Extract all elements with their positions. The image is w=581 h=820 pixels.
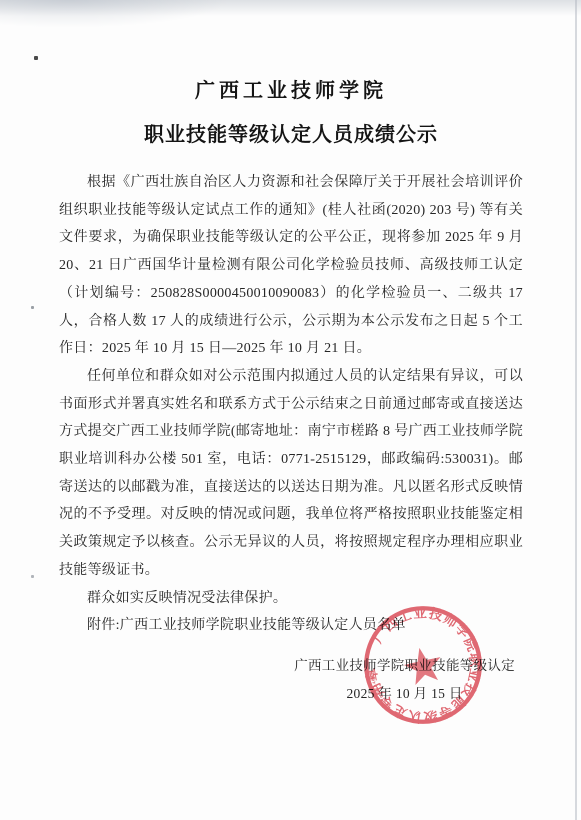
notice-title: 职业技能等级认定人员成绩公示 — [59, 122, 523, 148]
scan-speck — [31, 306, 34, 309]
scan-smudge-top-left — [0, 0, 230, 28]
paragraph-basis: 根据《广西壮族自治区人力资源和社会保障厅关于开展社会培训评价组织职业技能等级认定… — [59, 169, 523, 363]
scan-speck — [34, 56, 38, 60]
document-page: 广西工业技师学院 职业技能等级认定人员成绩公示 根据《广西壮族自治区人力资源和社… — [0, 0, 581, 820]
official-seal: 广西工业技师学院职业技能等级认定专用章 4501000104087 — [346, 588, 500, 742]
notice-body: 广西工业技师学院 职业技能等级认定人员成绩公示 根据《广西壮族自治区人力资源和社… — [59, 78, 523, 640]
paragraph-objection: 任何单位和群众如对公示范围内拟通过人员的认定结果有异议，可以书面形式并署真实姓名… — [59, 363, 523, 585]
scan-speck — [31, 575, 34, 578]
notice-paragraphs: 根据《广西壮族自治区人力资源和社会保障厅关于开展社会培训评价组织职业技能等级认定… — [59, 169, 523, 640]
seal-star-icon — [401, 644, 445, 686]
scan-edge-line-right — [575, 0, 577, 820]
org-title: 广西工业技师学院 — [59, 78, 523, 104]
